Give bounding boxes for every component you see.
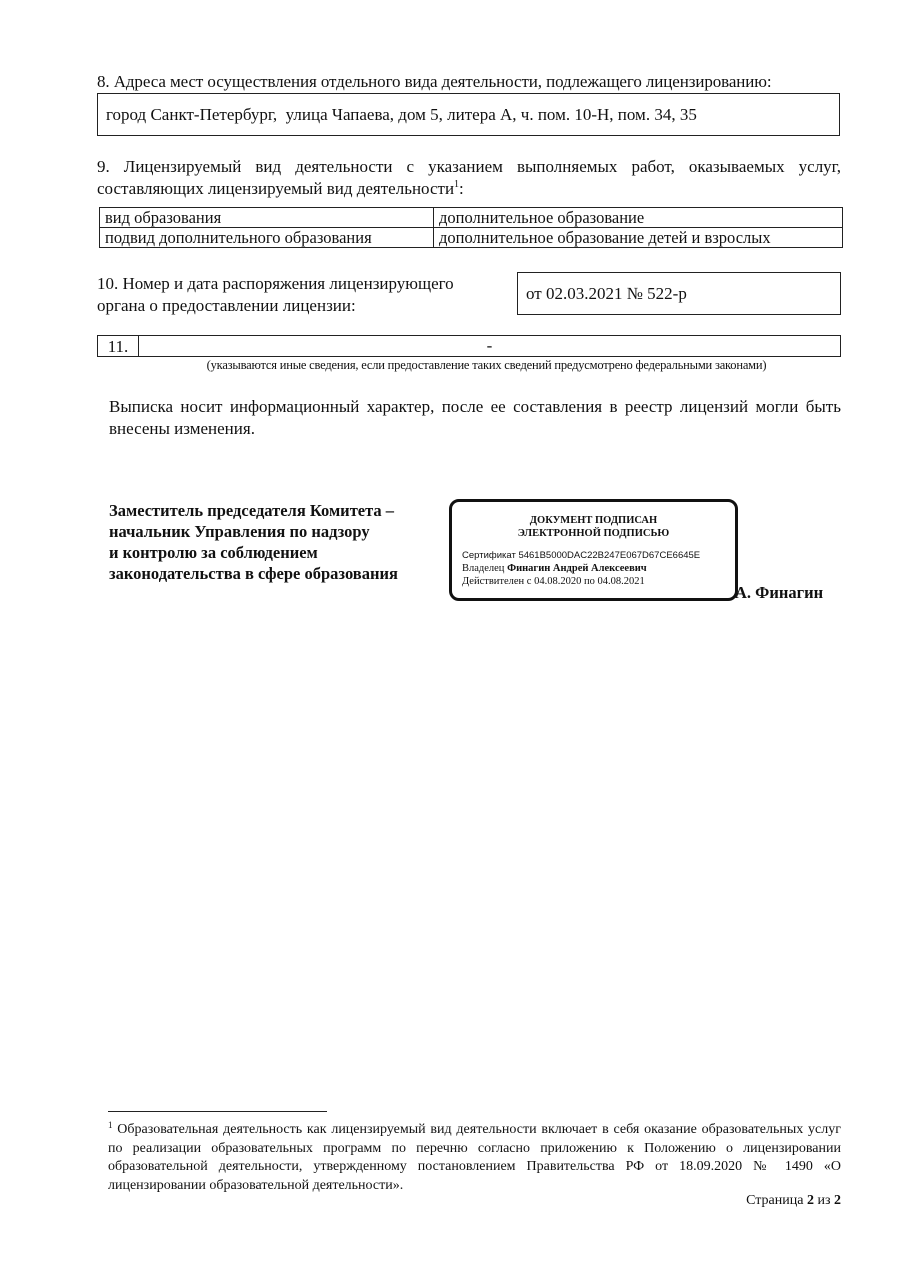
section-8-label: 8. Адреса мест осуществления отдельного … <box>97 72 771 92</box>
licensed-activity-table: вид образования дополнительное образован… <box>99 207 843 248</box>
owner-label: Владелец <box>462 563 504 574</box>
owner-name: Финагин Андрей Алексеевич <box>507 563 647 574</box>
signatory-title: Заместитель председателя Комитета – нача… <box>109 500 449 584</box>
stamp-validity: Действителен с 04.08.2020 по 04.08.2021 <box>462 576 645 587</box>
stamp-heading: ДОКУМЕНТ ПОДПИСАН ЭЛЕКТРОННОЙ ПОДПИСЬЮ <box>452 514 735 540</box>
signatory-title-line: Заместитель председателя Комитета – <box>109 500 449 521</box>
stamp-heading-line: ДОКУМЕНТ ПОДПИСАН <box>452 514 735 527</box>
section-9-label-text: 9. Лицензируемый вид деятельности с указ… <box>97 157 841 198</box>
section-11-row: 11. - <box>97 335 841 357</box>
table-row: вид образования дополнительное образован… <box>100 208 843 228</box>
section-9-label-suffix: : <box>459 179 464 198</box>
disclaimer-text: Выписка носит информационный характер, п… <box>109 396 841 440</box>
signatory-title-line: законодательства в сфере образования <box>109 563 449 584</box>
signatory-title-line: и контролю за соблюдением <box>109 542 449 563</box>
certificate-label: Сертификат <box>462 550 516 561</box>
footnote: 1 Образовательная деятельность как лицен… <box>108 1121 841 1195</box>
section-9-label: 9. Лицензируемый вид деятельности с указ… <box>97 156 841 200</box>
activity-address-field: город Санкт-Петербург, улица Чапаева, до… <box>97 93 840 136</box>
footnote-marker: 1 <box>108 1120 113 1130</box>
footnote-separator <box>108 1111 327 1112</box>
total-pages: 2 <box>834 1193 841 1208</box>
signer-name: А. Финагин <box>735 583 823 603</box>
table-cell-key: вид образования <box>100 208 434 228</box>
page-label: Страница <box>746 1193 803 1208</box>
footnote-text: Образовательная деятельность как лицензи… <box>108 1122 841 1193</box>
page-separator: из <box>817 1193 830 1208</box>
stamp-owner: Владелец Финагин Андрей Алексеевич <box>462 563 647 574</box>
section-10-label: 10. Номер и дата распоряжения лицензирую… <box>97 273 497 317</box>
table-cell-value: дополнительное образование <box>434 208 843 228</box>
signatory-title-line: начальник Управления по надзору <box>109 521 449 542</box>
electronic-signature-stamp: ДОКУМЕНТ ПОДПИСАН ЭЛЕКТРОННОЙ ПОДПИСЬЮ С… <box>449 499 738 601</box>
order-number-field: от 02.03.2021 № 522-р <box>517 272 841 315</box>
current-page: 2 <box>807 1193 814 1208</box>
table-row: подвид дополнительного образования допол… <box>100 228 843 248</box>
table-cell-key: подвид дополнительного образования <box>100 228 434 248</box>
section-11-number: 11. <box>98 336 139 356</box>
section-11-note: (указываются иные сведения, если предост… <box>97 358 841 373</box>
page-counter: Страница 2 из 2 <box>700 1193 841 1209</box>
stamp-certificate: Сертификат 5461B5000DAC22B247E067D67CE66… <box>462 550 700 561</box>
table-cell-value: дополнительное образование детей и взрос… <box>434 228 843 248</box>
stamp-heading-line: ЭЛЕКТРОННОЙ ПОДПИСЬЮ <box>452 527 735 540</box>
certificate-number: 5461B5000DAC22B247E067D67CE6645E <box>518 550 700 561</box>
section-11-value: - <box>139 336 840 356</box>
